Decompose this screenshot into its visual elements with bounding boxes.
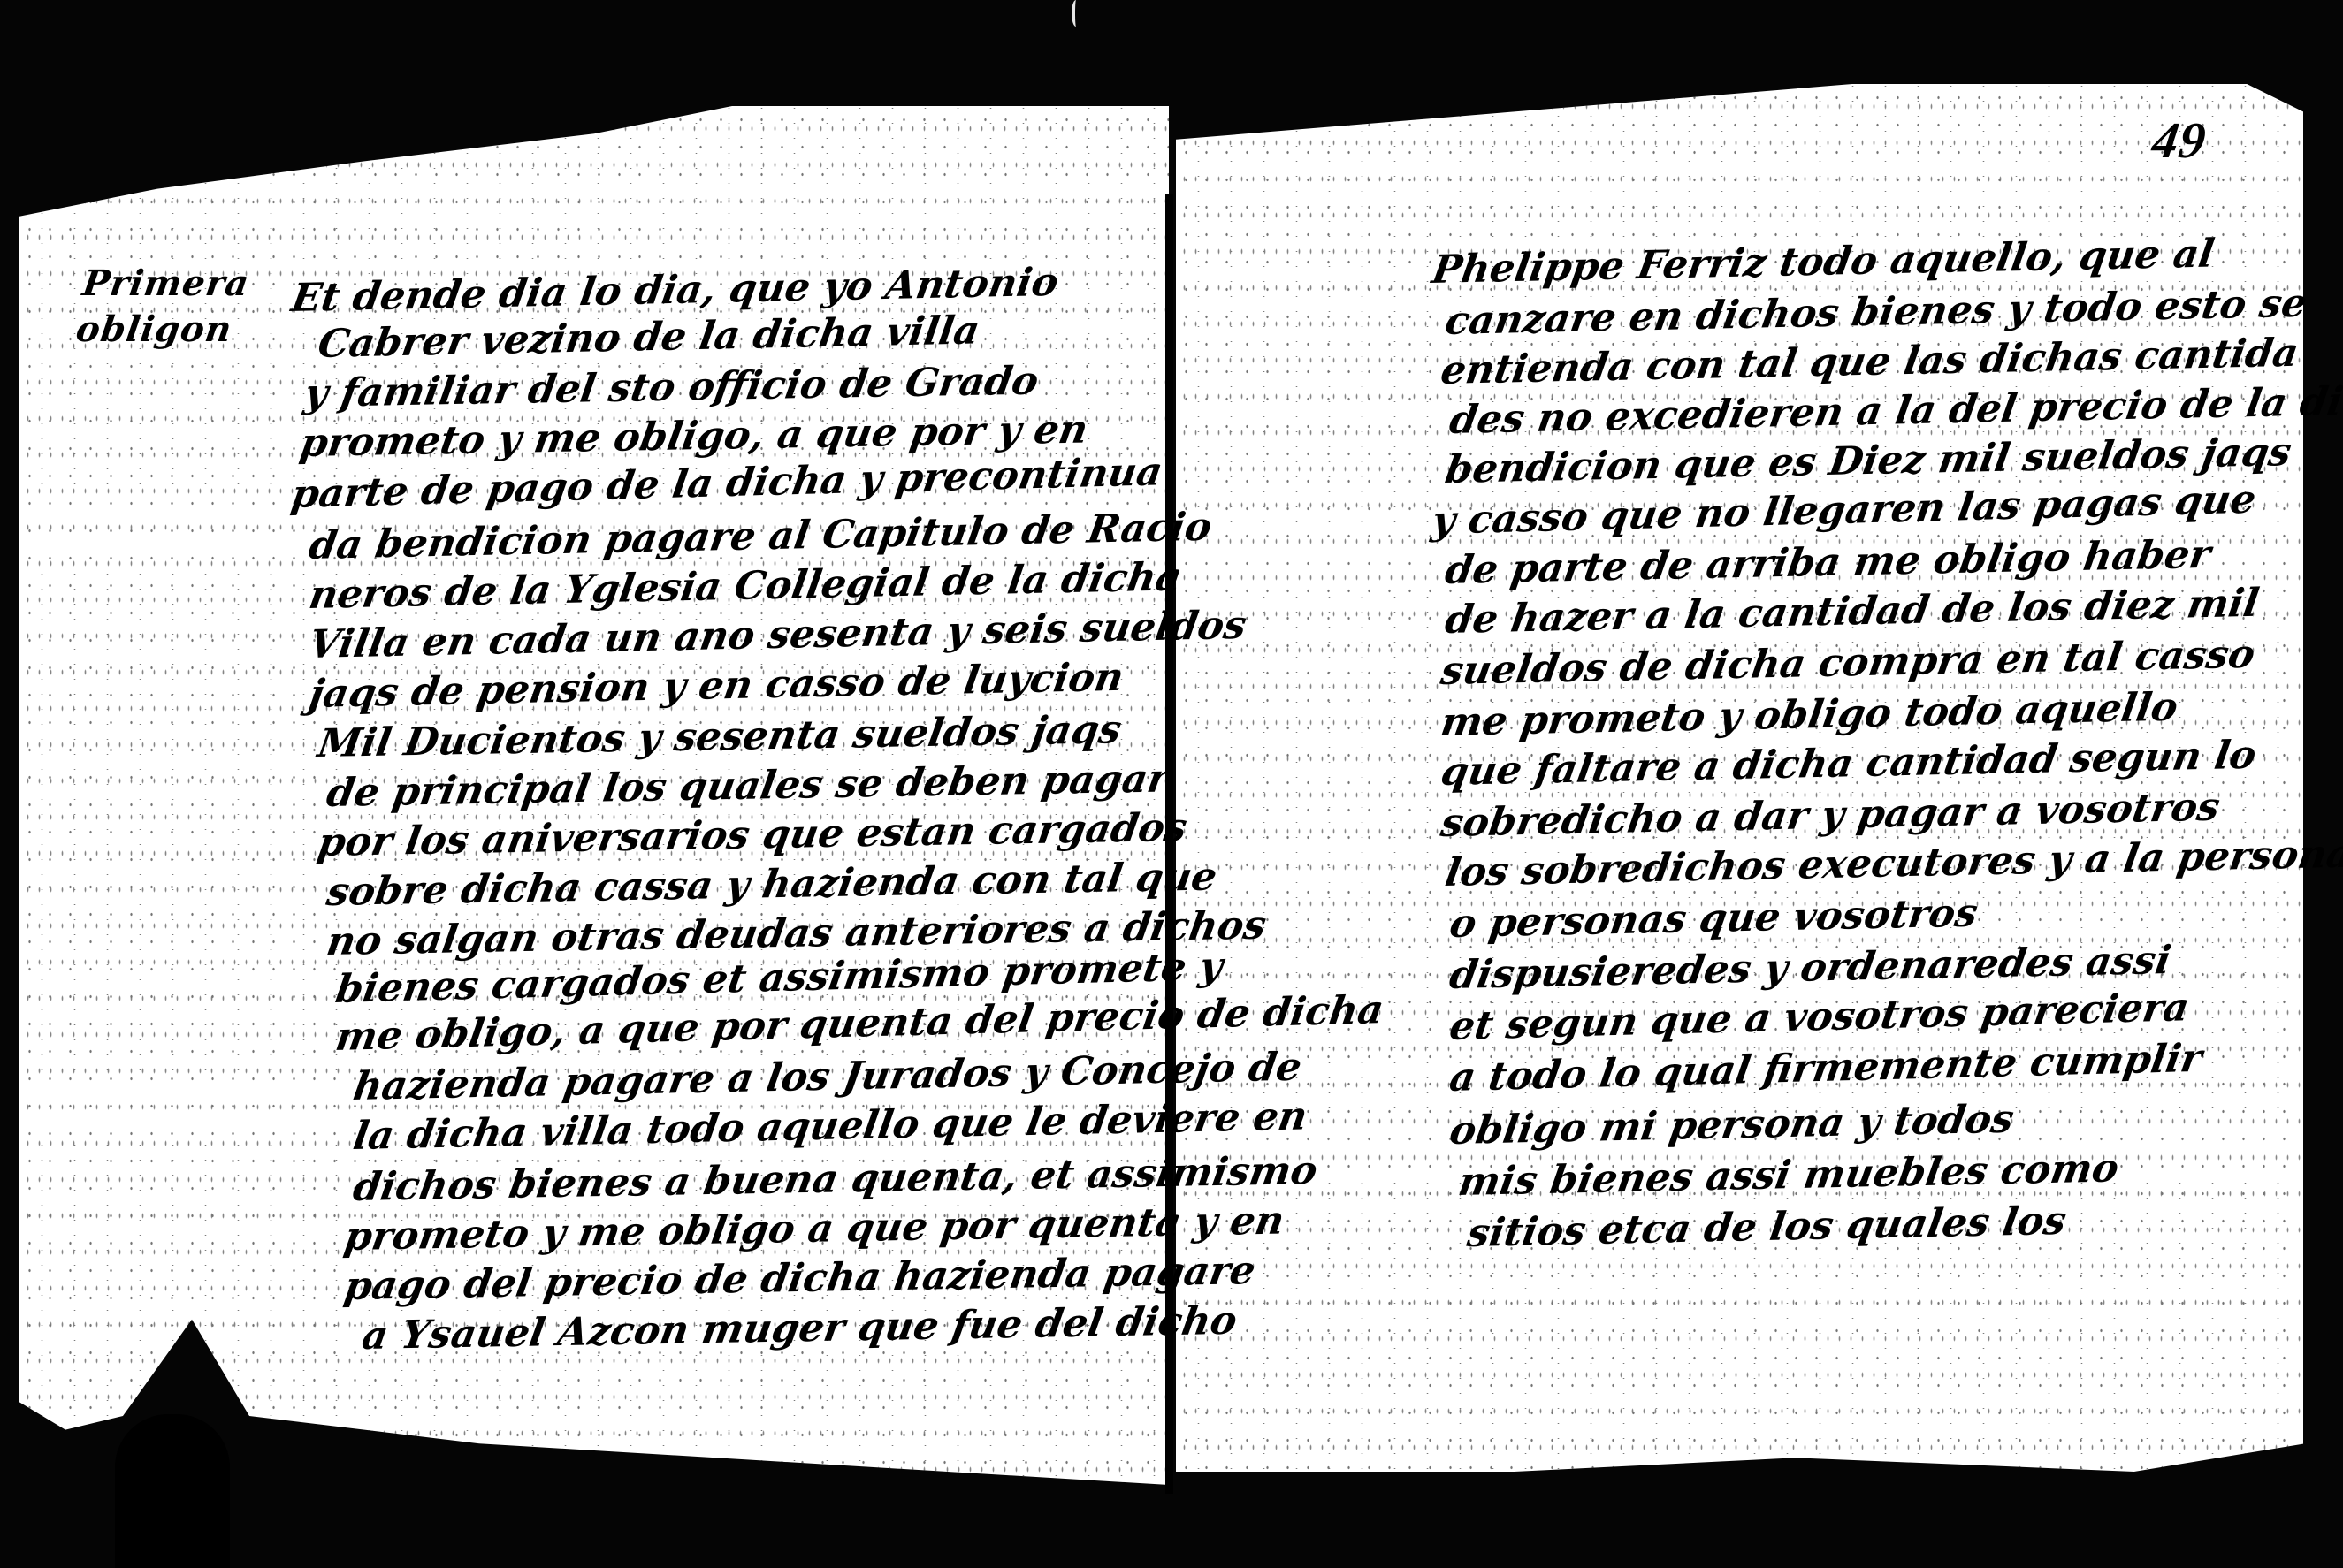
- margin-note-line: obligon: [73, 307, 246, 353]
- page-number: 49: [2148, 110, 2209, 170]
- margin-note-line: Primera: [80, 261, 252, 307]
- margin-note: Primera obligon: [73, 261, 253, 353]
- binding-thread-mark: [1072, 0, 1080, 27]
- page-damage-shadow: [115, 1414, 230, 1568]
